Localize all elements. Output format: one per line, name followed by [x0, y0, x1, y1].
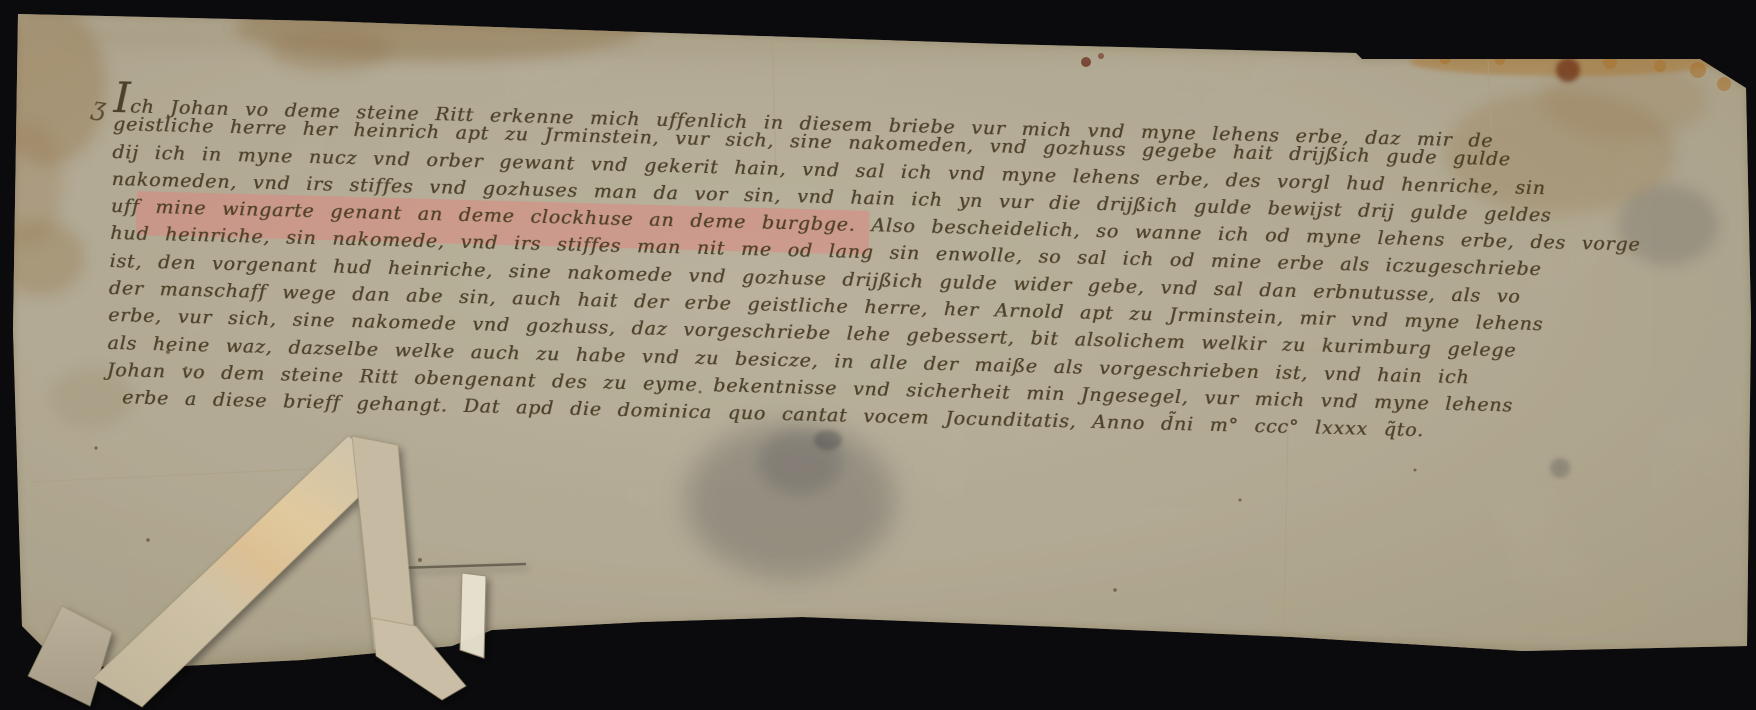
smudge-small — [814, 430, 842, 450]
photo-stage: ʒ Ich Johan vo deme steine Ritt erkenne … — [0, 0, 1756, 710]
plica-slit-piece — [460, 573, 486, 658]
stain-dark-spot — [1556, 58, 1580, 82]
smudge-dot-right — [1550, 458, 1570, 478]
manuscript-text-block: Ich Johan vo deme steine Ritt erkenne mi… — [106, 84, 1534, 447]
